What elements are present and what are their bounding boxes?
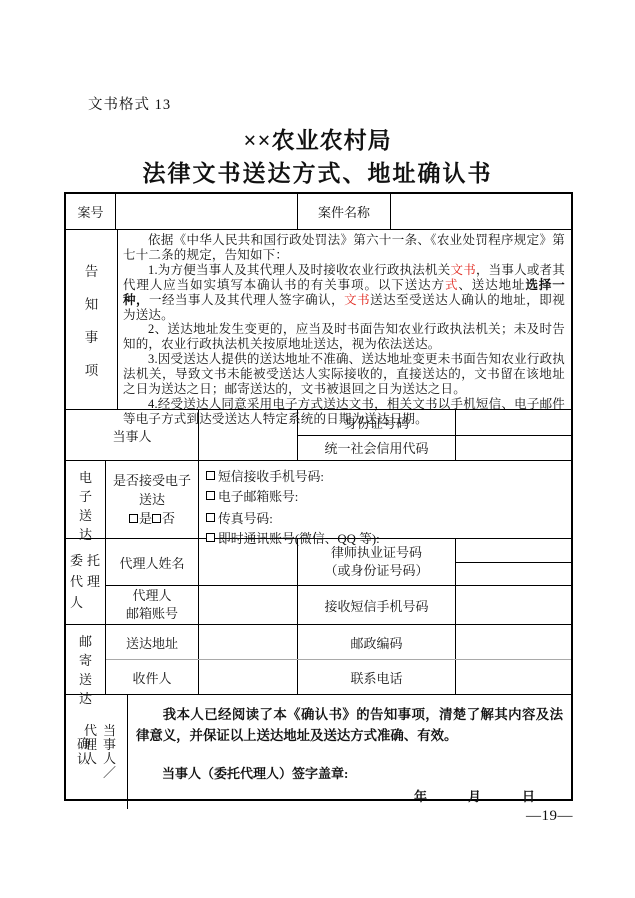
org-title: ××农业农村局 [0, 122, 635, 155]
notice-paragraph: 2、送达地址发生变更的，应当及时书面告知农业行政执法机关；未及时告知的，农业行政… [123, 322, 565, 352]
party-id-block: 身份证号码 统一社会信用代码 [298, 410, 571, 460]
agent-name-field[interactable] [199, 539, 298, 585]
sms-number-field[interactable] [456, 586, 571, 624]
yes-label: 是 [139, 509, 152, 528]
no-label: 否 [162, 509, 175, 528]
electronic-label: 电 子 送 达 [66, 461, 106, 538]
notice-paragraph: 3.因受送达人提供的送达地址不准确、送达地址变更未书面告知农业行政执法机关，导致… [123, 352, 565, 397]
day-label: 日 [522, 786, 535, 805]
document-page: 文书格式 13 ××农业农村局 法律文书送达方式、地址确认书 案号 案件名称 告… [0, 0, 635, 898]
page-number: —19— [526, 808, 573, 825]
agent-section: 委托 代理 人 代理人姓名 律师执业证号码（或身份证号码） [66, 539, 571, 625]
doc-format-label: 文书格式 13 [88, 93, 171, 114]
recipient-field[interactable] [199, 660, 298, 694]
notice-paragraph: 依据《中华人民共和国行政处罚法》第六十一条、《农业处罚程序规定》第七十二条的规定… [123, 233, 565, 263]
postal-label: 邮 寄 送 达 [66, 625, 106, 694]
notice-text: 依据《中华人民共和国行政处罚法》第六十一条、《农业处罚程序规定》第七十二条的规定… [118, 230, 571, 409]
electronic-options: 短信接收手机号码: 电子邮箱账号: 传真号码: 即时通讯账号(微信、QQ 等): [199, 461, 571, 538]
postal-section: 邮 寄 送 达 送达地址 邮政编码 收件人 联系电话 [66, 625, 571, 695]
credit-code-row: 统一社会信用代码 [298, 436, 571, 461]
phone-field[interactable] [456, 660, 571, 694]
license-label: 律师执业证号码（或身份证号码） [298, 539, 456, 585]
confirm-label-main: 当事人／代理人 [80, 724, 118, 781]
zip-field[interactable] [456, 625, 571, 659]
sms-number-label: 接收短信手机号码 [298, 586, 456, 624]
agent-name-row: 代理人姓名 律师执业证号码（或身份证号码） [106, 539, 571, 586]
credit-code-label: 统一社会信用代码 [298, 436, 456, 461]
month-label: 月 [468, 786, 481, 805]
case-no-field[interactable] [116, 194, 298, 229]
year-label: 年 [414, 786, 427, 805]
id-number-row: 身份证号码 [298, 410, 571, 436]
confirm-section: 确认 当事人／代理人 我本人已经阅读了本《确认书》的告知事项，清楚了解其内容及法… [66, 695, 571, 809]
party-row: 当事人 身份证号码 统一社会信用代码 [66, 410, 571, 461]
electronic-option-fax: 传真号码: [206, 508, 567, 528]
recipient-label: 收件人 [106, 660, 199, 694]
notice-label-char: 项 [85, 359, 99, 379]
agent-email-field[interactable] [199, 586, 298, 624]
case-name-field[interactable] [391, 194, 571, 229]
address-row: 送达地址 邮政编码 [106, 625, 571, 660]
notice-label: 告 知 事 项 [66, 230, 118, 409]
phone-label: 联系电话 [298, 660, 456, 694]
yes-checkbox-icon[interactable] [129, 514, 138, 523]
agent-label: 委托 代理 人 [66, 539, 106, 624]
case-no-label: 案号 [66, 194, 116, 229]
notice-label-char: 知 [85, 293, 99, 313]
credit-code-field[interactable] [456, 436, 571, 461]
confirm-statement: 我本人已经阅读了本《确认书》的告知事项，清楚了解其内容及法律意义，并保证以上送达… [136, 704, 563, 746]
confirmation-form-table: 案号 案件名称 告 知 事 项 依据《中华人民共和国行政处罚法》第六十一条、《农… [64, 192, 573, 801]
confirm-body: 我本人已经阅读了本《确认书》的告知事项，清楚了解其内容及法律意义，并保证以上送达… [128, 695, 571, 809]
zip-label: 邮政编码 [298, 625, 456, 659]
electronic-option-sms: 短信接收手机号码: [206, 466, 567, 486]
agent-rows: 代理人姓名 律师执业证号码（或身份证号码） 代理人邮箱账号 接收短信 [106, 539, 571, 624]
license-fields [456, 539, 571, 585]
accept-yes-no: 是否 [129, 509, 175, 528]
accept-electronic-label: 是否接受电子 [113, 471, 191, 490]
electronic-section: 电 子 送 达 是否接受电子 送达 是否 短信接收手机号码: 电子邮箱 [66, 461, 571, 539]
id-number-field[interactable] [456, 410, 571, 435]
accept-electronic-label2: 送达 [139, 490, 165, 509]
notice-section: 告 知 事 项 依据《中华人民共和国行政处罚法》第六十一条、《农业处罚程序规定》… [66, 230, 571, 410]
confirm-label: 确认 当事人／代理人 [66, 695, 128, 809]
notice-label-char: 告 [85, 260, 99, 280]
case-row: 案号 案件名称 [66, 194, 571, 230]
fax-checkbox-icon[interactable] [206, 513, 215, 522]
notice-paragraph: 1.为方便当事人及其代理人及时接收农业行政执法机关文书，当事人或者其代理人应当如… [123, 263, 565, 323]
recipient-row: 收件人 联系电话 [106, 660, 571, 694]
sms-checkbox-icon[interactable] [206, 471, 215, 480]
date-line: 年 月 日 [136, 786, 563, 805]
address-label: 送达地址 [106, 625, 199, 659]
agent-email-label: 代理人邮箱账号 [106, 586, 199, 624]
id-number-label: 身份证号码 [298, 410, 456, 435]
agent-name-label: 代理人姓名 [106, 539, 199, 585]
license-field-bottom[interactable] [456, 563, 571, 586]
notice-label-char: 事 [85, 326, 99, 346]
accept-electronic-cell: 是否接受电子 送达 是否 [106, 461, 199, 538]
postal-rows: 送达地址 邮政编码 收件人 联系电话 [106, 625, 571, 694]
party-name-field[interactable] [199, 410, 298, 460]
case-name-label: 案件名称 [298, 194, 391, 229]
agent-email-row: 代理人邮箱账号 接收短信手机号码 [106, 586, 571, 624]
address-field[interactable] [199, 625, 298, 659]
party-label: 当事人 [66, 410, 199, 460]
email-checkbox-icon[interactable] [206, 491, 215, 500]
no-checkbox-icon[interactable] [152, 514, 161, 523]
license-field-top[interactable] [456, 539, 571, 563]
doc-title: 法律文书送达方式、地址确认书 [0, 155, 635, 188]
signature-label[interactable]: 当事人（委托代理人）签字盖章: [136, 763, 563, 782]
electronic-option-email: 电子邮箱账号: [206, 486, 567, 506]
